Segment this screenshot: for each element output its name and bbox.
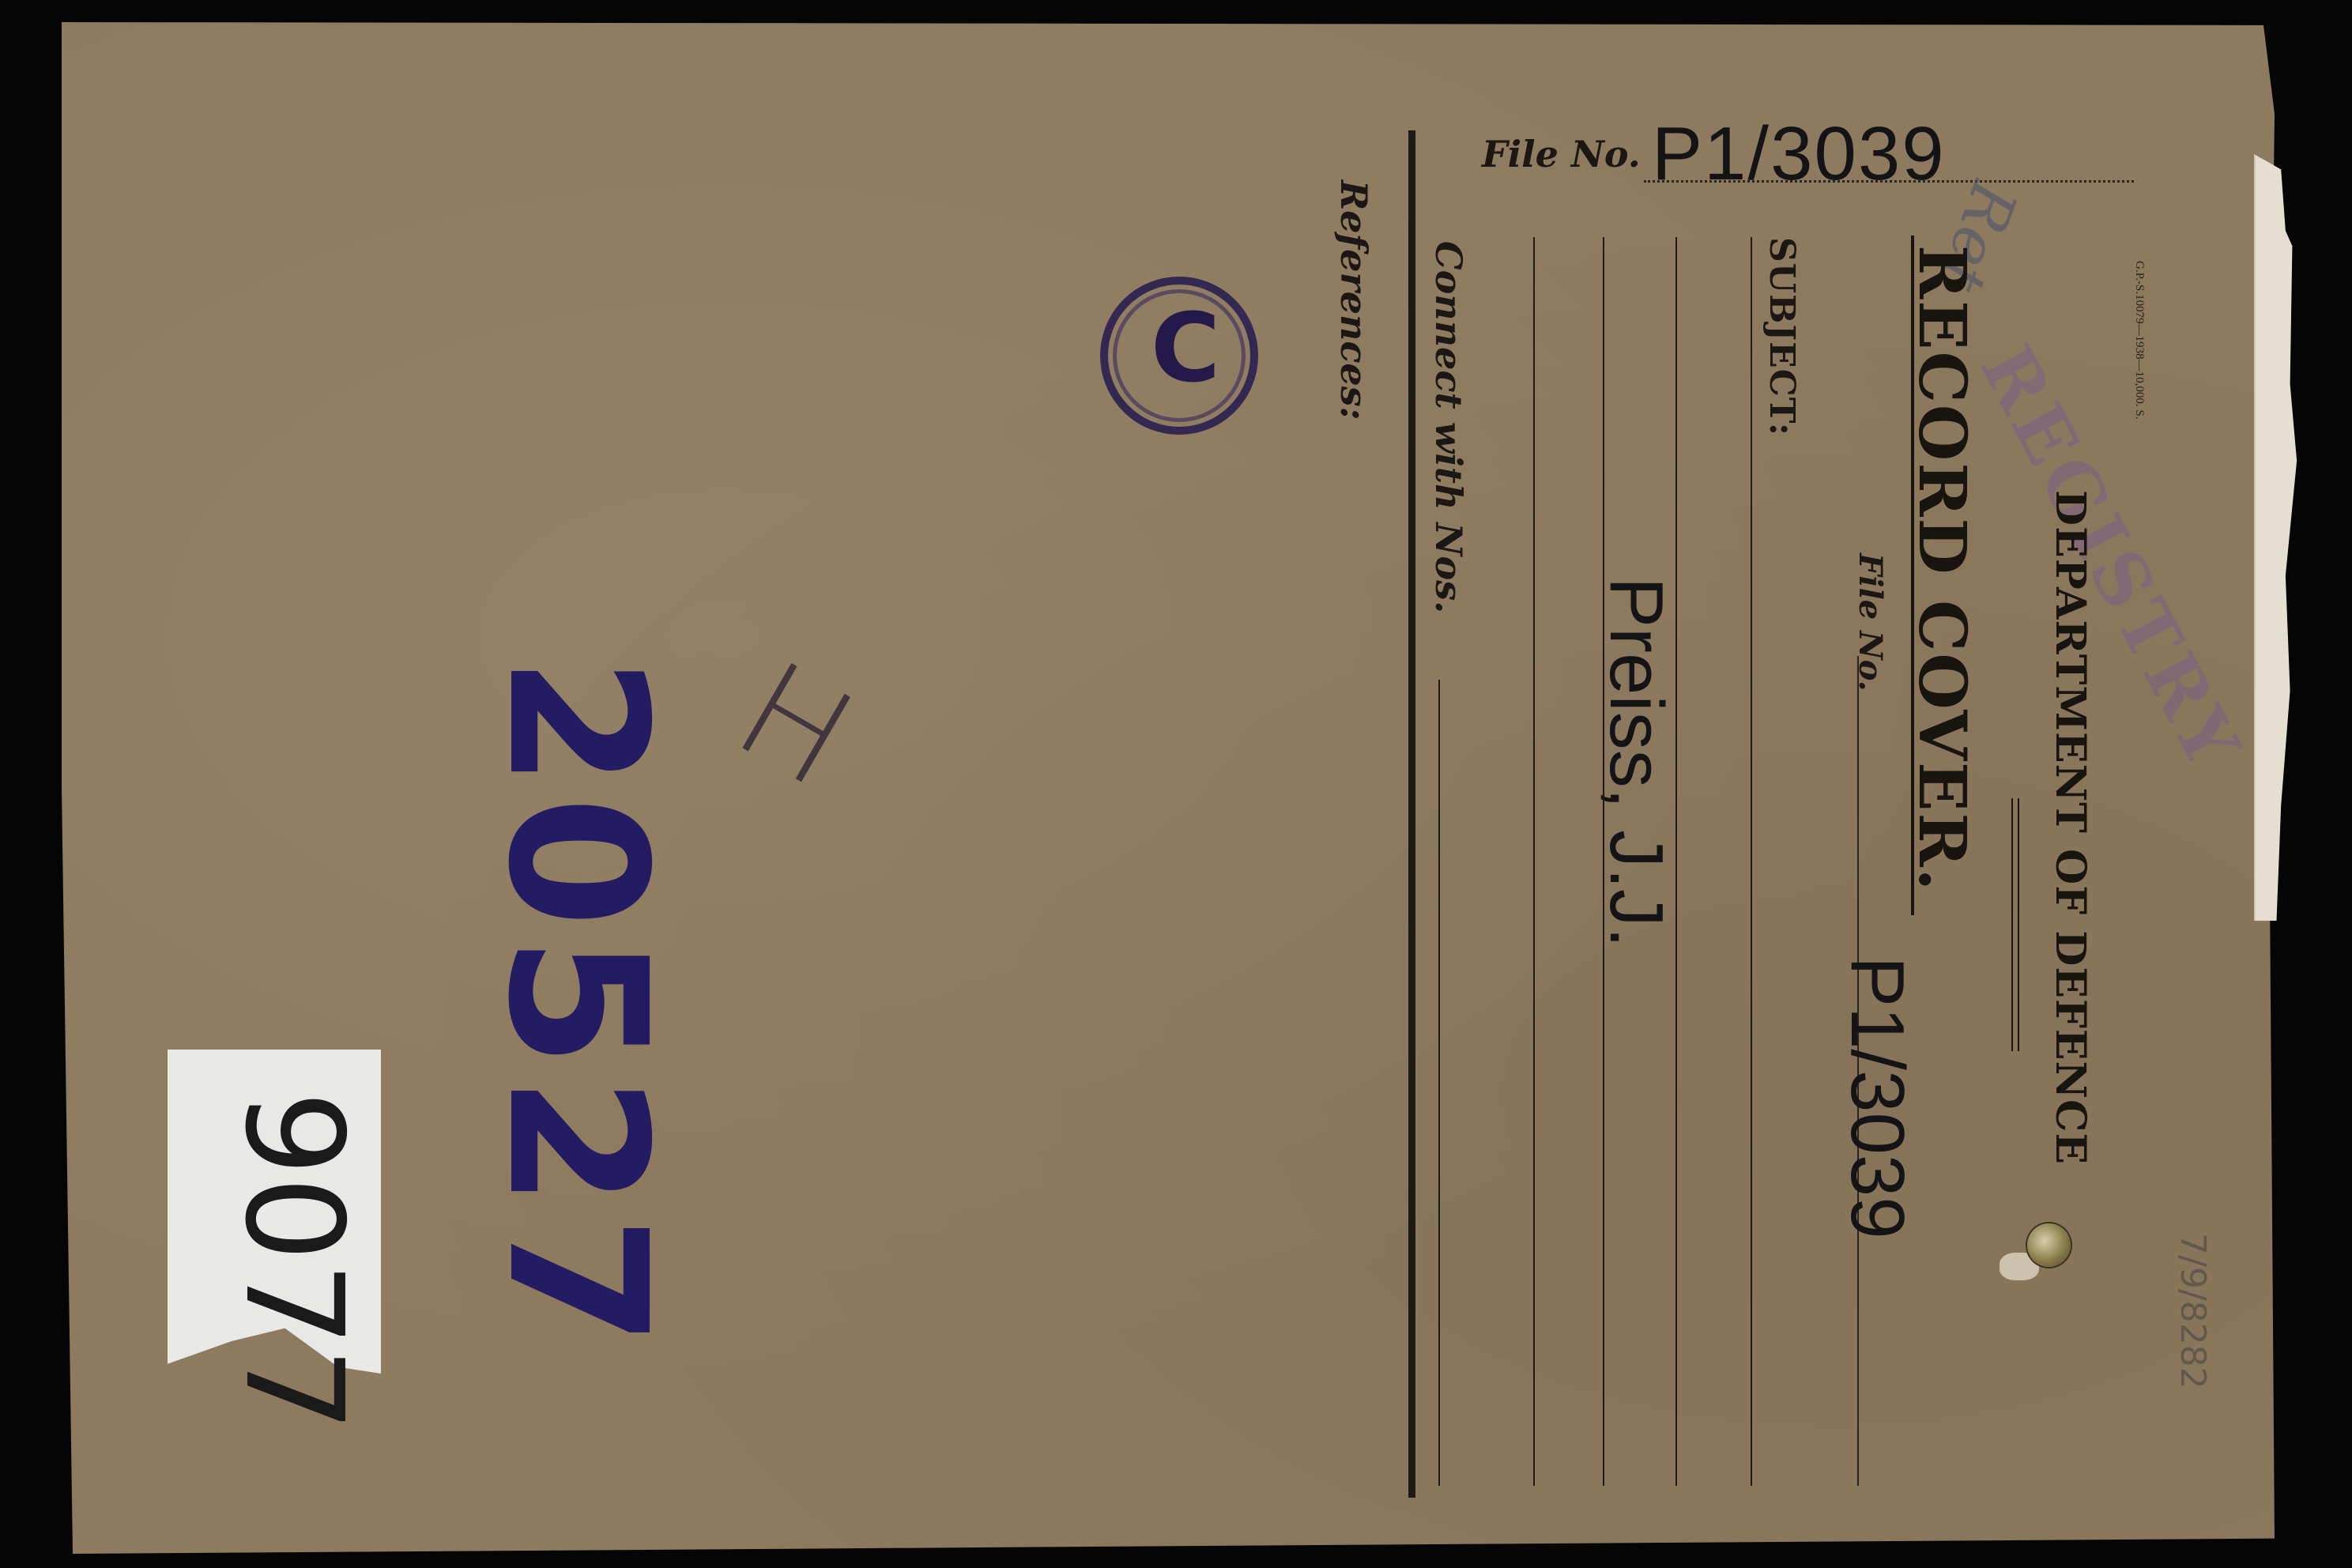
print-code: G.P.-S.10079—1938—10,000. S. bbox=[2132, 261, 2146, 419]
circle-stamp-letter: C bbox=[1138, 294, 1233, 404]
connect-with-nos-label: Connect with Nos. bbox=[1427, 241, 1470, 613]
subject-rule-1 bbox=[1751, 237, 1752, 1486]
top-file-no-label: File No. bbox=[1482, 133, 1641, 175]
subject-rule-3 bbox=[1603, 237, 1604, 1486]
inner-pages-edge bbox=[2254, 154, 2299, 921]
subject-rule-2 bbox=[1675, 237, 1677, 1486]
inner-file-no-value: P1/3039 bbox=[1834, 956, 1920, 1239]
pencil-note-bottom-right: 7/9/8282 bbox=[2173, 1233, 2213, 1389]
brass-fastener-icon bbox=[2027, 1223, 2071, 1267]
references-double-rule bbox=[1411, 130, 1417, 1498]
record-cover-underline bbox=[1911, 236, 1914, 915]
references-label: References: bbox=[1332, 180, 1375, 420]
large-handwritten-number: 20527 bbox=[466, 656, 688, 1355]
top-file-no-value: P1/3039 bbox=[1652, 111, 1946, 198]
department-title: DEPARTMENT OF DEFENCE bbox=[2046, 490, 2094, 1165]
connect-rule bbox=[1438, 680, 1440, 1486]
department-double-rule bbox=[2011, 798, 2019, 1051]
subject-label: SUBJECT: bbox=[1762, 237, 1802, 436]
subject-value: Preiss, J.J. bbox=[1592, 577, 1679, 948]
white-label-number: 9077 bbox=[215, 1091, 371, 1433]
subject-rule-4 bbox=[1533, 237, 1535, 1486]
record-cover-title: RECORD COVER. bbox=[1904, 245, 1980, 892]
